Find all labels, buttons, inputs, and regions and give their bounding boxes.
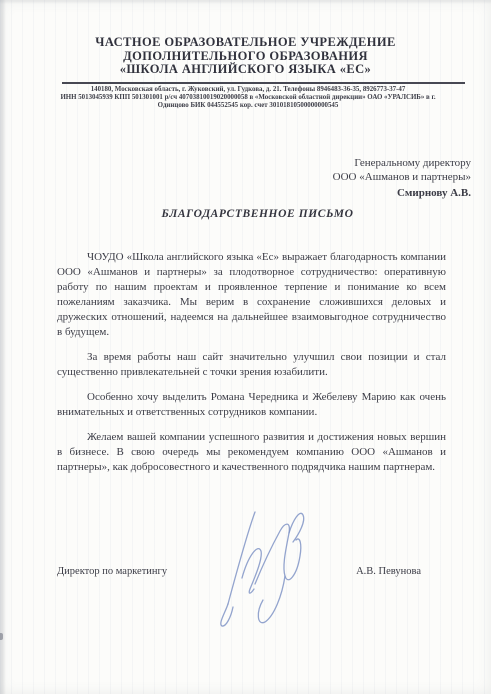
scan-artifact [0,633,3,640]
letterhead-divider [62,82,465,84]
contact-line-bank-1: ИНН 5013045939 КПП 501301001 р/сч 407038… [20,94,476,102]
addressee-name: Смирнову А.В. [333,187,471,201]
paragraph-gratitude: ЧОУДО «Школа английского языка «Ес» выра… [57,250,446,340]
letter-body: ЧОУДО «Школа английского языка «Ес» выра… [57,250,446,485]
addressee-company: ООО «Ашманов и партнеры» [333,171,471,185]
paragraph-recommendation: Желаем вашей компании успешного развития… [57,430,446,475]
signer-position-title: Директор по маркетингу [57,566,167,577]
addressee-block: Генеральному директору ООО «Ашманов и па… [333,157,471,201]
contact-line-bank-2: Одинцово БИК 044552545 кор. счет 3010181… [20,102,476,110]
signature-row: Директор по маркетингу А.В. Певунова [57,566,421,577]
letter-title: БЛАГОДАРСТВЕННОЕ ПИСЬМО [0,208,491,220]
paragraph-employees: Особенно хочу выделить Романа Чередника … [57,390,446,420]
signer-name: А.В. Певунова [356,566,421,577]
org-name-line-1: ЧАСТНОЕ ОБРАЗОВАТЕЛЬНОЕ УЧРЕЖДЕНИЕ [0,36,491,50]
org-name-line-3: «ШКОЛА АНГЛИЙСКОГО ЯЗЫКА «ЕС» [0,63,491,77]
addressee-position: Генеральному директору [333,157,471,171]
organization-header: ЧАСТНОЕ ОБРАЗОВАТЕЛЬНОЕ УЧРЕЖДЕНИЕ ДОПОЛ… [0,36,491,77]
contact-line-address: 140180, Московская область, г. Жуковский… [20,86,476,94]
paragraph-site-results: За время работы наш сайт значительно улу… [57,350,446,380]
letterhead-contacts: 140180, Московская область, г. Жуковский… [20,86,476,109]
handwritten-signature [200,496,320,628]
org-name-line-2: ДОПОЛНИТЕЛЬНОГО ОБРАЗОВАНИЯ [0,50,491,64]
scanned-letter-page: ЧАСТНОЕ ОБРАЗОВАТЕЛЬНОЕ УЧРЕЖДЕНИЕ ДОПОЛ… [0,0,491,694]
